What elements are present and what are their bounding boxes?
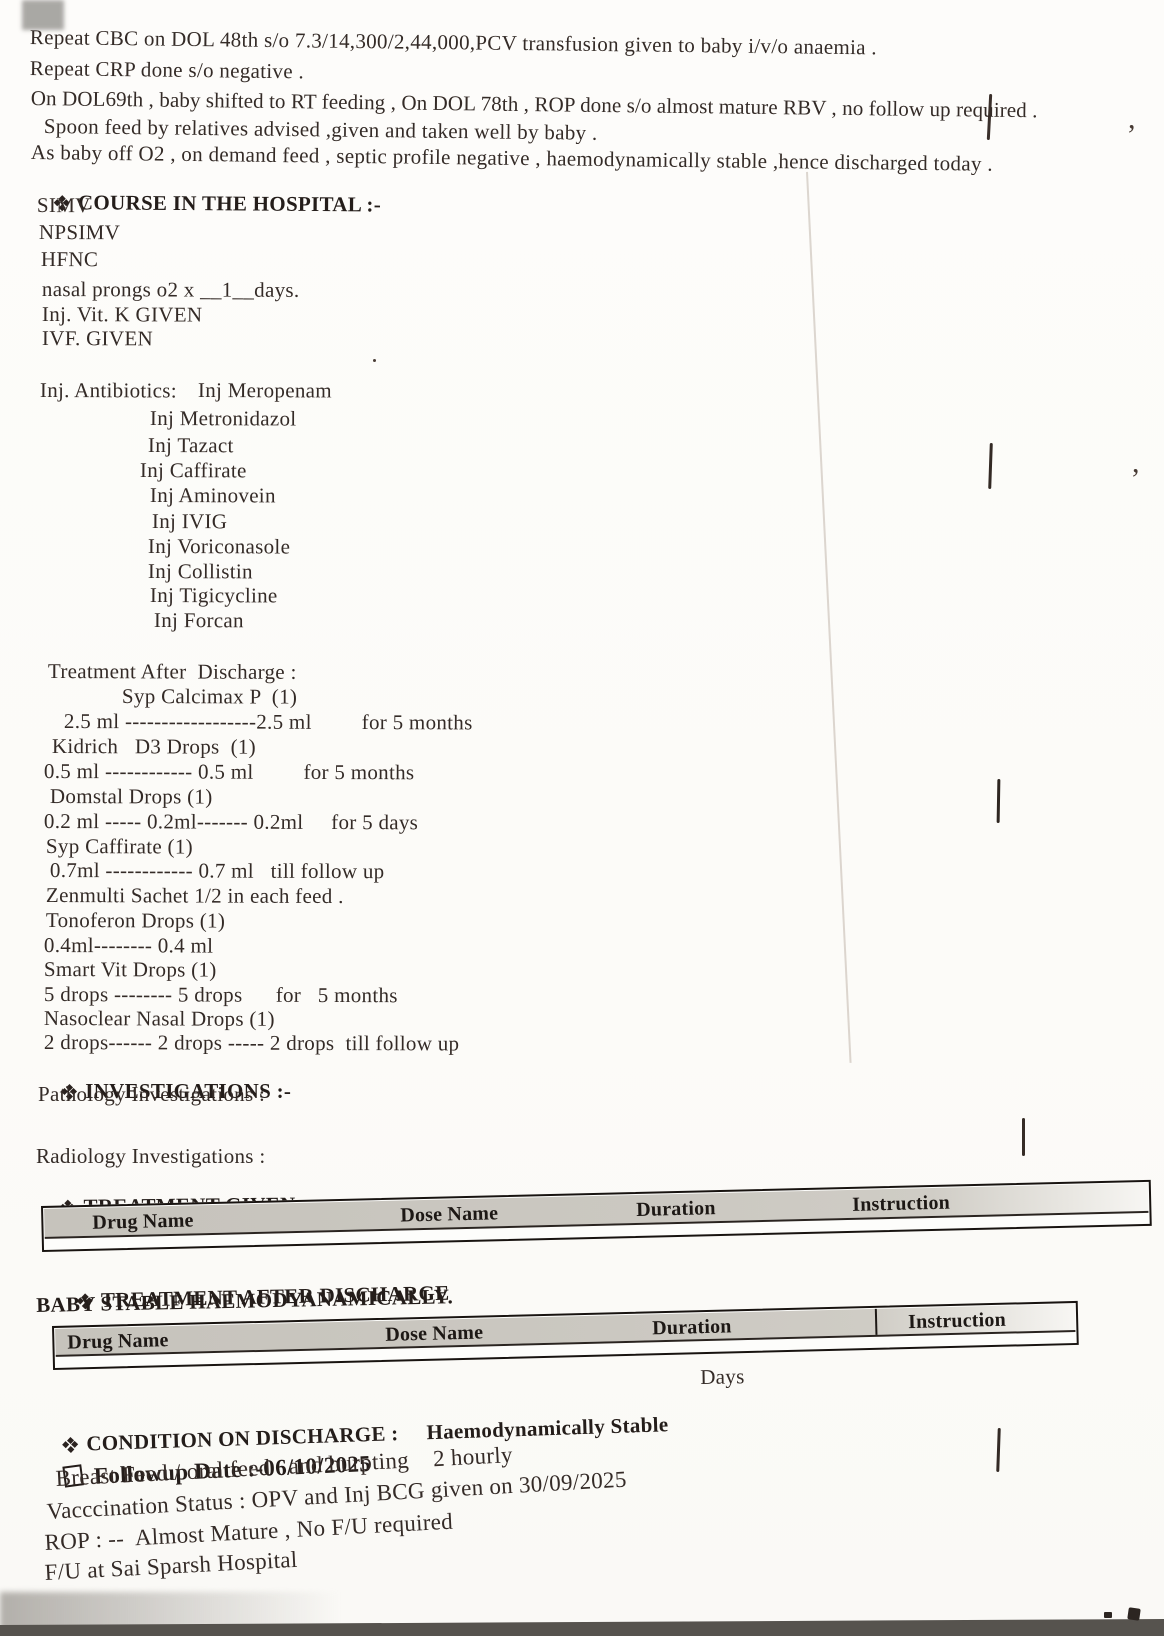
med-line: 0.7ml ------------ 0.7 ml till follow up	[50, 859, 385, 884]
course-heading-label: COURSE IN THE HOSPITAL :-	[78, 190, 381, 216]
column-header: Drug Name	[92, 1209, 194, 1234]
page-number-fragment	[1127, 1607, 1141, 1621]
column-header: Duration	[636, 1197, 716, 1222]
pen-mark	[1022, 1118, 1025, 1156]
pen-mark	[997, 779, 1001, 823]
course-item: nasal prongs o2 x __1__days.	[42, 278, 300, 302]
summary-line: Repeat CRP done s/o negative .	[30, 57, 304, 84]
scan-crease-line	[806, 172, 852, 1063]
antibiotic-item: Inj Meropenam	[198, 379, 332, 403]
pen-mark	[988, 443, 993, 489]
column-header: Dose Name	[385, 1321, 483, 1346]
antibiotic-item: Inj Tazact	[148, 434, 234, 458]
pathology-investigations-label: Pathology Investigations :	[38, 1083, 265, 1107]
page-number-fragment	[1104, 1612, 1112, 1618]
med-line: 0.5 ml ------------ 0.5 ml for 5 months	[44, 760, 415, 785]
med-line: 2.5 ml ------------------2.5 ml for 5 mo…	[64, 710, 473, 735]
med-line: Kidrich D3 Drops (1)	[52, 735, 256, 759]
column-header: Duration	[652, 1315, 732, 1340]
stray-comma-mark: ,	[1128, 102, 1136, 136]
column-header: Instruction	[852, 1192, 950, 1217]
column-divider	[875, 1309, 878, 1335]
course-item: IVF. GIVEN	[42, 327, 153, 351]
antibiotic-item: Inj Forcan	[154, 609, 244, 633]
med-line: Syp Calcimax P (1)	[122, 685, 297, 709]
med-line: 2 drops------ 2 drops ----- 2 drops till…	[44, 1031, 459, 1056]
course-item: NPSIMV	[39, 221, 120, 245]
column-header: Drug Name	[67, 1329, 169, 1354]
course-item: Inj. Vit. K GIVEN	[42, 303, 202, 327]
antibiotic-item: Inj IVIG	[152, 510, 227, 534]
antibiotic-item: Inj Metronidazol	[150, 407, 297, 431]
stray-comma-mark: ,	[1132, 446, 1140, 480]
med-line: Smart Vit Drops (1)	[44, 958, 217, 982]
med-line: Tonoferon Drops (1)	[46, 909, 225, 933]
column-header: Dose Name	[400, 1202, 498, 1227]
pen-mark	[996, 1428, 1001, 1472]
med-line: Syp Caffirate (1)	[46, 835, 193, 859]
days-cell-label: Days	[700, 1365, 745, 1389]
med-line: 0.2 ml ----- 0.2ml------- 0.2ml for 5 da…	[44, 810, 418, 835]
radiology-investigations-label: Radiology Investigations :	[36, 1145, 265, 1169]
med-line: Zenmulti Sachet 1/2 in each feed .	[46, 884, 344, 909]
med-line: Domstal Drops (1)	[50, 785, 213, 809]
med-line: Nasoclear Nasal Drops (1)	[44, 1007, 275, 1031]
med-line: 0.4ml-------- 0.4 ml	[44, 934, 213, 958]
discharge-summary-page: , , Repeat CBC on DOL 48th s/o 7.3/14,30…	[0, 0, 1164, 1636]
antibiotic-item: Inj Collistin	[148, 560, 253, 584]
antibiotic-item: Inj Voriconasole	[148, 535, 290, 559]
course-item: SIMV	[37, 194, 91, 218]
course-item: HFNC	[41, 248, 98, 272]
antibiotic-item: Inj Aminovein	[150, 484, 276, 508]
summary-line: Repeat CBC on DOL 48th s/o 7.3/14,300/2,…	[30, 26, 877, 60]
condition-value: Haemodynamically Stable	[426, 1412, 669, 1444]
antibiotics-label: Inj. Antibiotics:	[40, 379, 177, 403]
tad-list-heading: Treatment After Discharge :	[48, 660, 297, 684]
antibiotic-item: Inj Caffirate	[140, 459, 247, 483]
med-line: 5 drops -------- 5 drops for 5 months	[44, 983, 398, 1008]
antibiotic-item: Inj Tigicycline	[150, 584, 278, 608]
column-header: Instruction	[908, 1309, 1006, 1334]
ink-dot	[373, 359, 376, 362]
